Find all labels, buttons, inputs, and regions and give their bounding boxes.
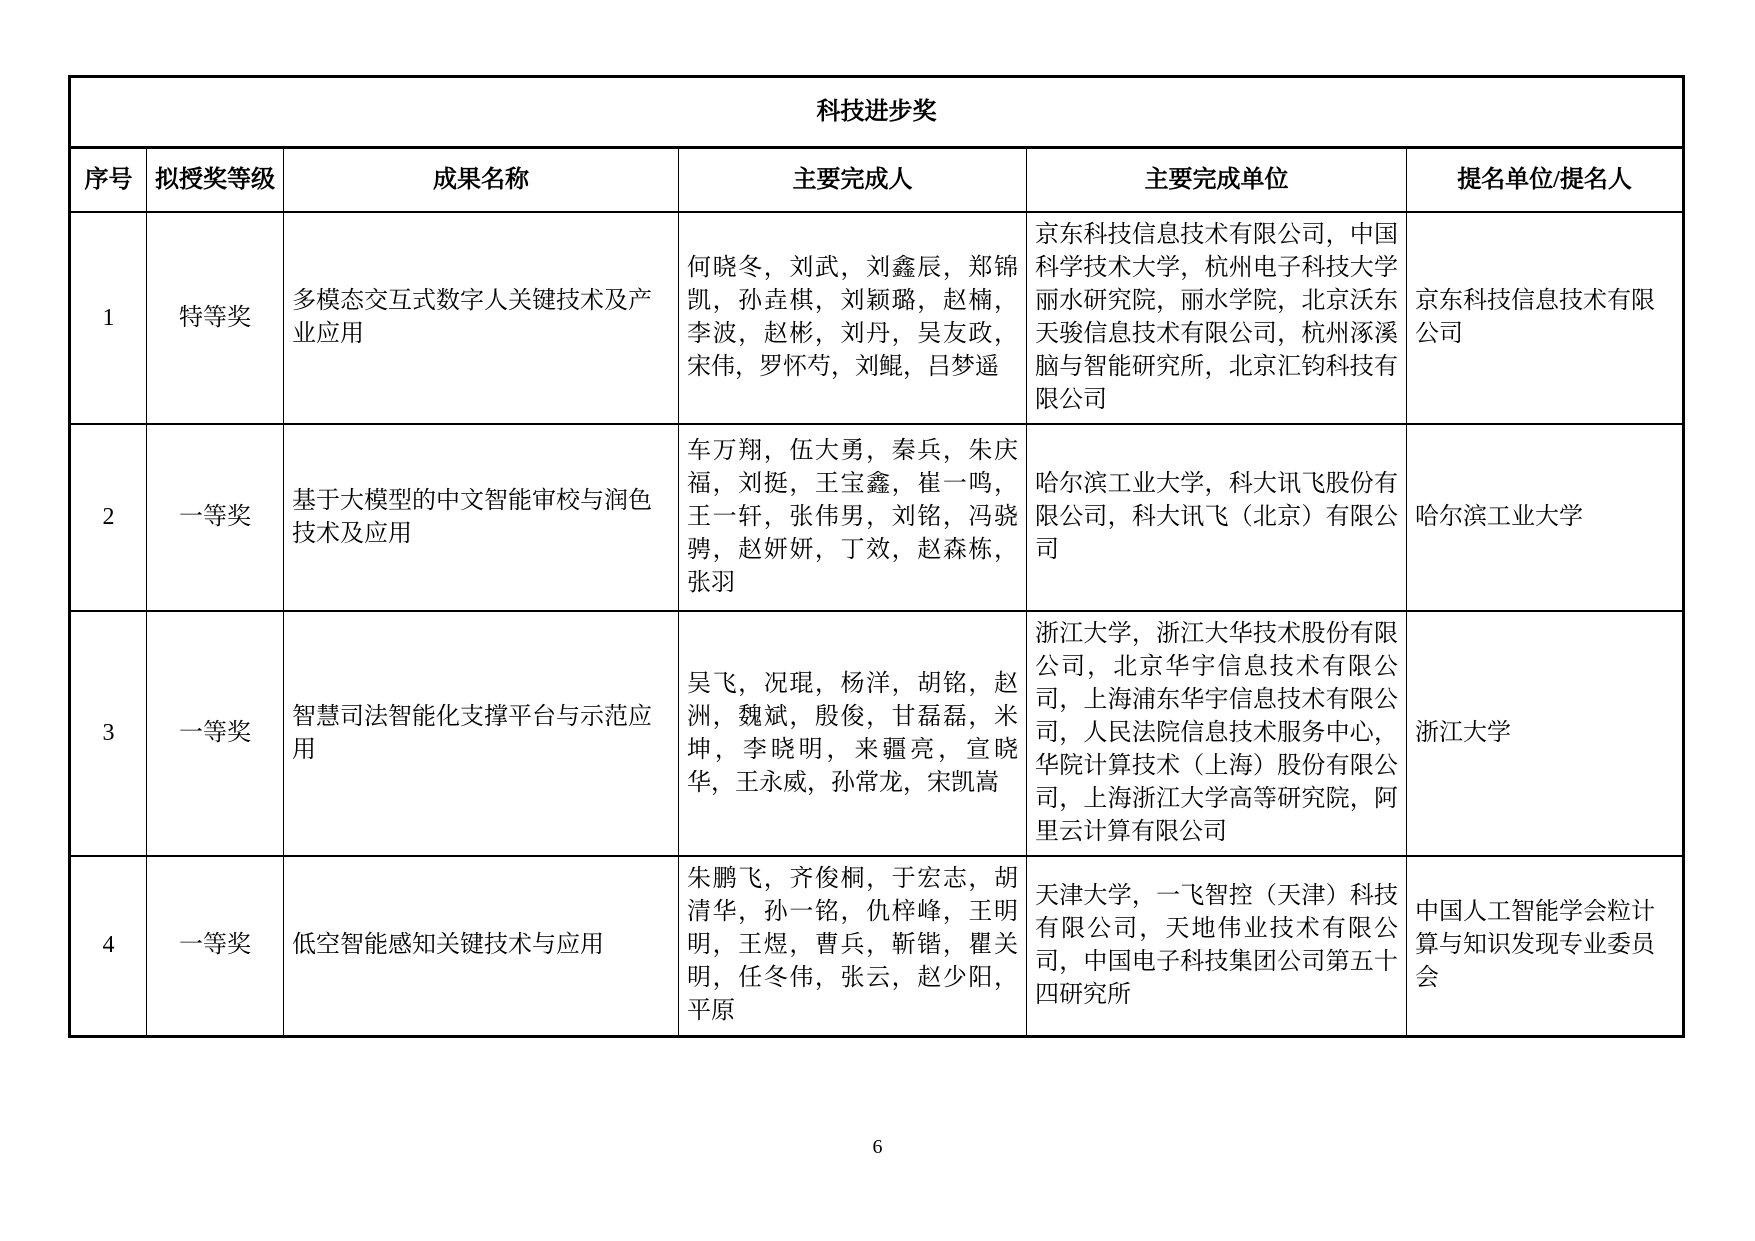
page-number: 6 [0,1136,1755,1159]
col-header-achievement-name: 成果名称 [284,148,679,213]
table-row: 1 特等奖 多模态交互式数字人关键技术及产业应用 何晓冬，刘武，刘鑫辰，郑锦凯，… [70,212,1684,424]
col-header-no: 序号 [70,148,147,213]
cell-no: 1 [70,212,147,424]
awards-table: 科技进步奖 序号 拟授奖等级 成果名称 主要完成人 主要完成单位 提名单位/提名… [68,75,1685,1038]
col-header-main-units: 主要完成单位 [1027,148,1407,213]
cell-contributors: 何晓冬，刘武，刘鑫辰，郑锦凯，孙垚棋，刘颖璐，赵楠，李波，赵彬，刘丹，吴友政，宋… [679,212,1027,424]
cell-achievement-name: 多模态交互式数字人关键技术及产业应用 [284,212,679,424]
cell-no: 4 [70,856,147,1036]
cell-nominator: 浙江大学 [1407,611,1684,856]
table-row: 4 一等奖 低空智能感知关键技术与应用 朱鹏飞，齐俊桐，于宏志，胡清华，孙一铭，… [70,856,1684,1036]
cell-achievement-name: 智慧司法智能化支撑平台与示范应用 [284,611,679,856]
header-row: 序号 拟授奖等级 成果名称 主要完成人 主要完成单位 提名单位/提名人 [70,148,1684,213]
cell-achievement-name: 基于大模型的中文智能审校与润色技术及应用 [284,424,679,611]
cell-award-level: 一等奖 [147,611,284,856]
col-header-main-contributors: 主要完成人 [679,148,1027,213]
table-title: 科技进步奖 [70,77,1684,148]
title-row: 科技进步奖 [70,77,1684,148]
cell-units: 京东科技信息技术有限公司，中国科学技术大学，杭州电子科技大学丽水研究院，丽水学院… [1027,212,1407,424]
cell-contributors: 车万翔，伍大勇，秦兵，朱庆福，刘挺，王宝鑫，崔一鸣，王一轩，张伟男，刘铭，冯骁骋… [679,424,1027,611]
cell-units: 哈尔滨工业大学，科大讯飞股份有限公司，科大讯飞（北京）有限公司 [1027,424,1407,611]
table-row: 2 一等奖 基于大模型的中文智能审校与润色技术及应用 车万翔，伍大勇，秦兵，朱庆… [70,424,1684,611]
cell-units: 浙江大学，浙江大华技术股份有限公司，北京华宇信息技术有限公司，上海浦东华宇信息技… [1027,611,1407,856]
cell-award-level: 一等奖 [147,424,284,611]
cell-units: 天津大学，一飞智控（天津）科技有限公司，天地伟业技术有限公司，中国电子科技集团公… [1027,856,1407,1036]
cell-contributors: 朱鹏飞，齐俊桐，于宏志，胡清华，孙一铭，仇梓峰，王明明，王煜，曹兵，靳锴，瞿关明… [679,856,1027,1036]
cell-nominator: 中国人工智能学会粒计算与知识发现专业委员会 [1407,856,1684,1036]
document-page: 科技进步奖 序号 拟授奖等级 成果名称 主要完成人 主要完成单位 提名单位/提名… [0,0,1755,1241]
cell-achievement-name: 低空智能感知关键技术与应用 [284,856,679,1036]
table-row: 3 一等奖 智慧司法智能化支撑平台与示范应用 吴飞，况琨，杨洋，胡铭，赵洲，魏斌… [70,611,1684,856]
cell-nominator: 京东科技信息技术有限公司 [1407,212,1684,424]
cell-no: 2 [70,424,147,611]
cell-award-level: 特等奖 [147,212,284,424]
col-header-nominator: 提名单位/提名人 [1407,148,1684,213]
cell-nominator: 哈尔滨工业大学 [1407,424,1684,611]
cell-no: 3 [70,611,147,856]
col-header-award-level: 拟授奖等级 [147,148,284,213]
cell-award-level: 一等奖 [147,856,284,1036]
cell-contributors: 吴飞，况琨，杨洋，胡铭，赵洲，魏斌，殷俊，甘磊磊，米坤，李晓明，来疆亮，宣晓华，… [679,611,1027,856]
